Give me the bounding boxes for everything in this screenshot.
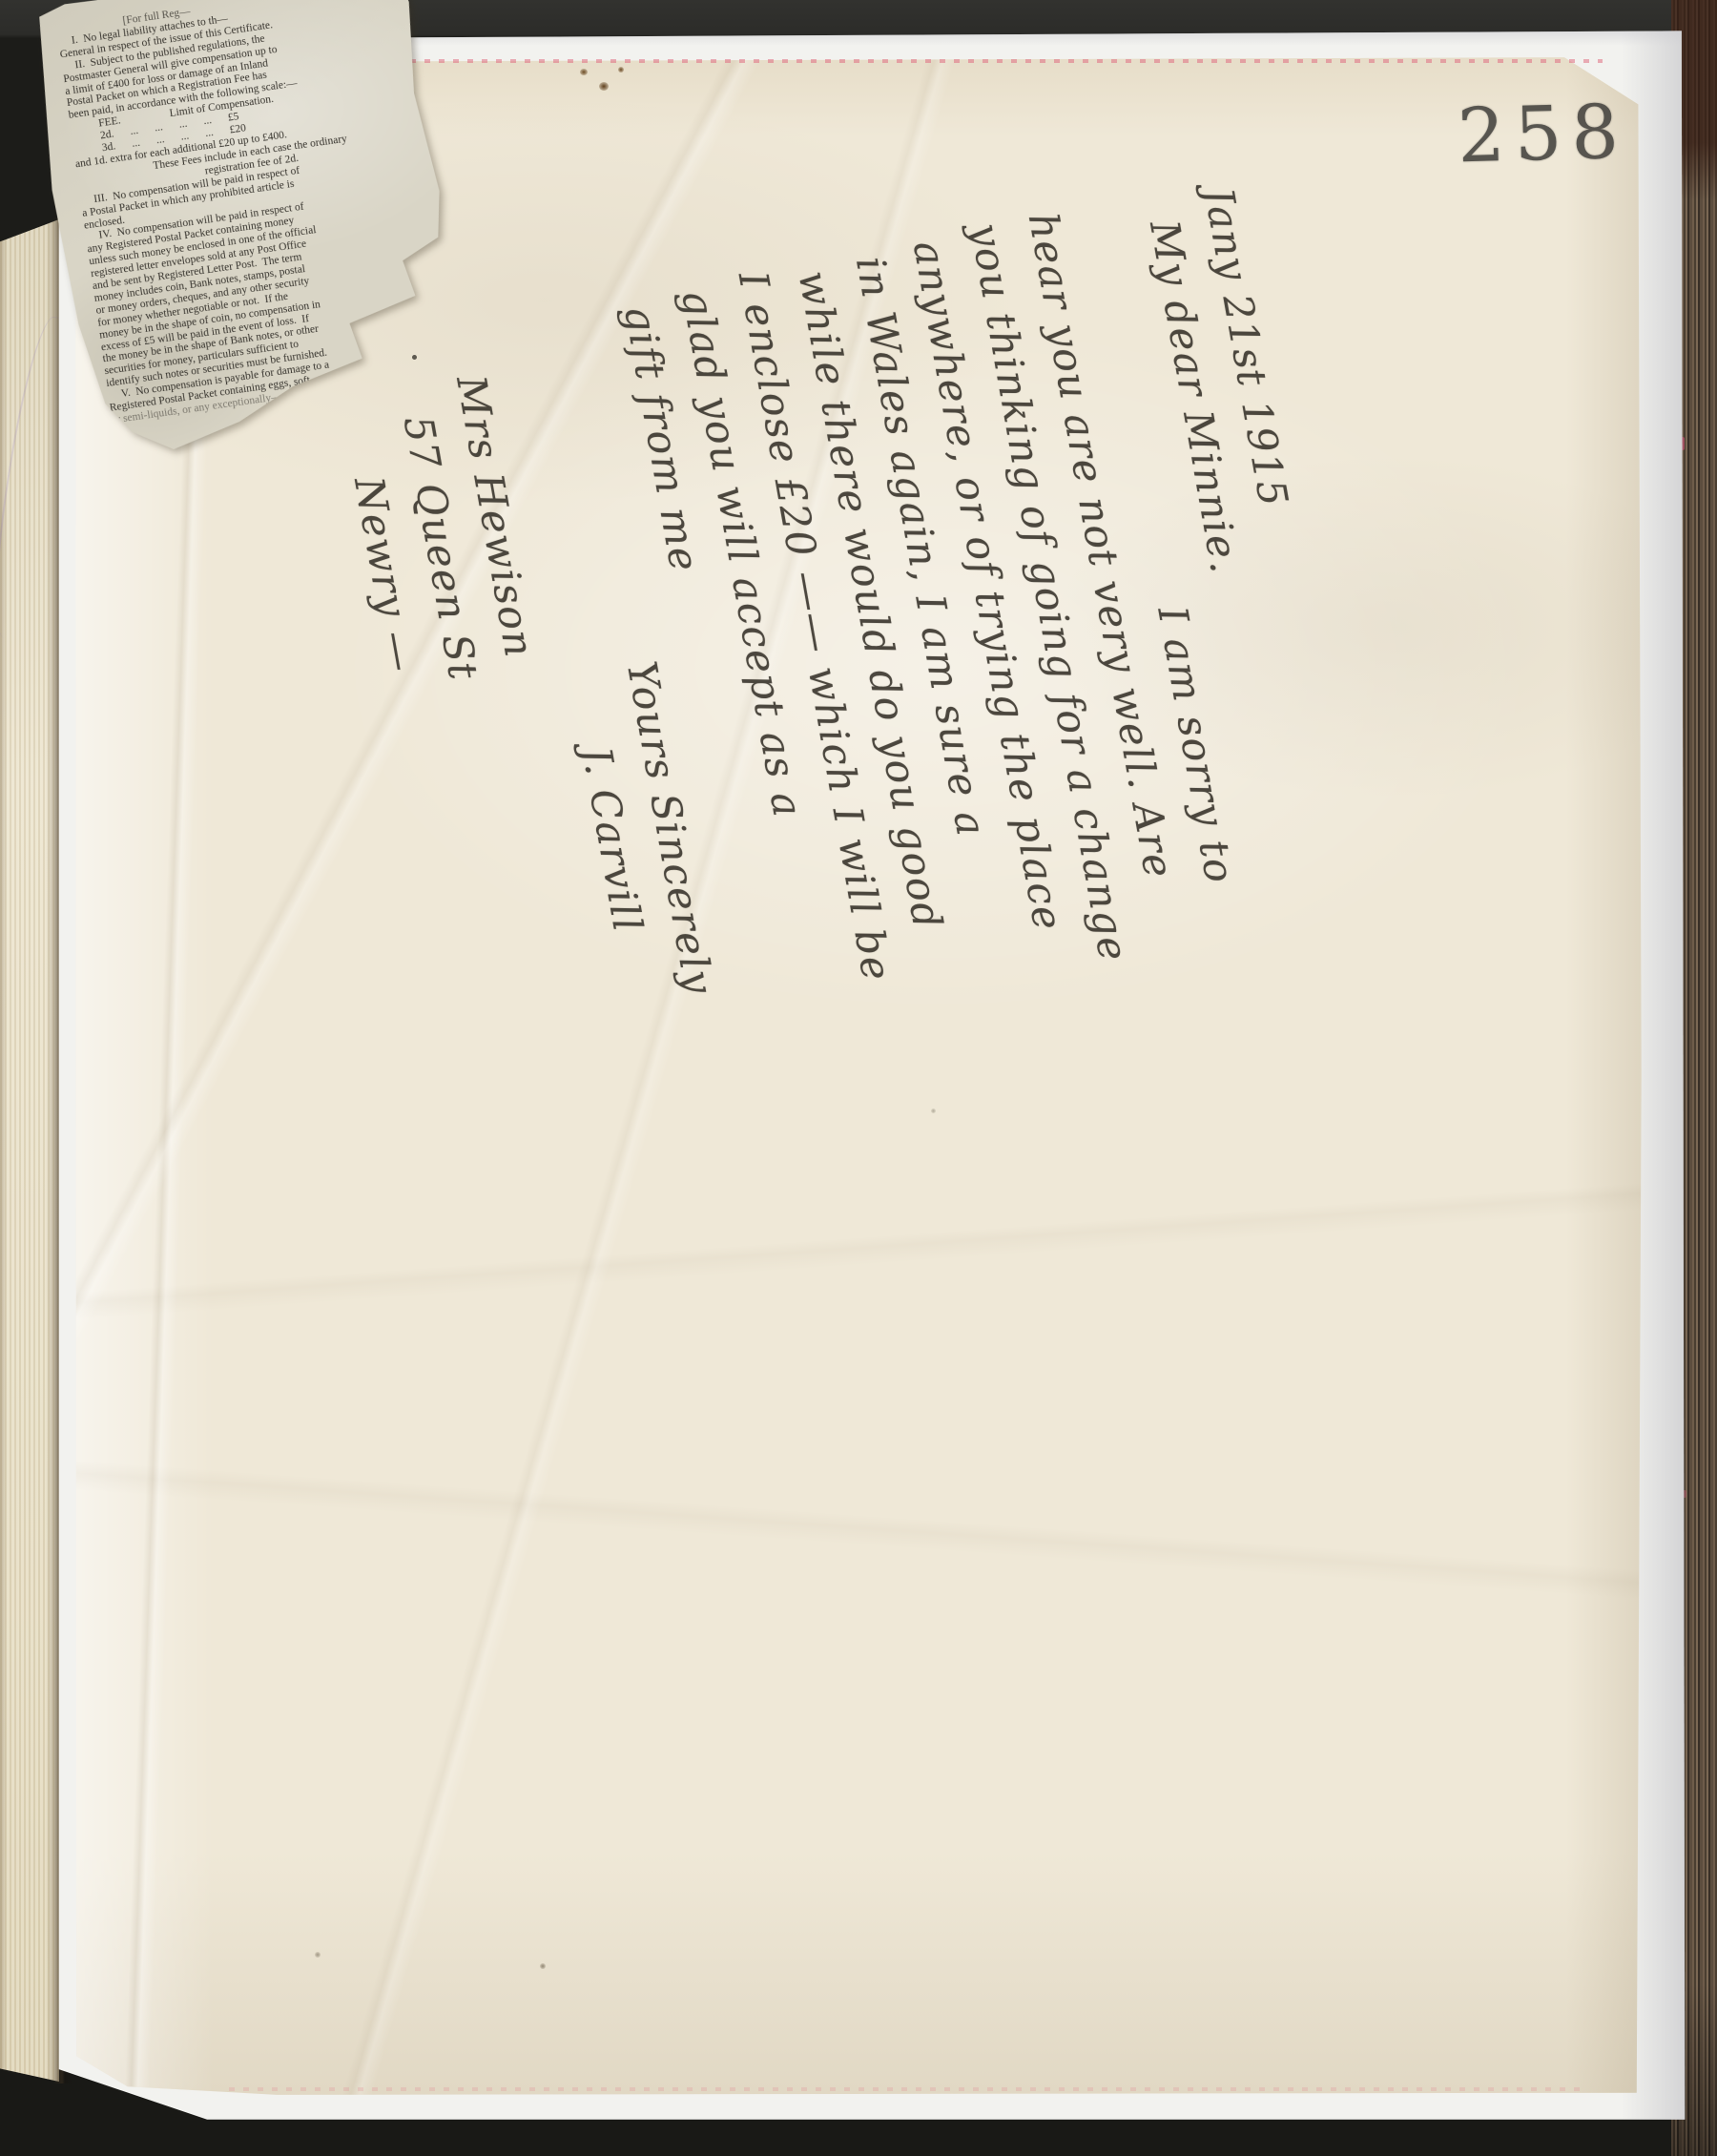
newspaper-clipping: [For full Reg— I. No legal liability att… (27, 0, 470, 461)
fox-spot (315, 1952, 321, 1958)
fox-spot (599, 82, 609, 91)
page-number-stamp: 258 (1457, 90, 1629, 180)
deckle-edge-bottom (229, 2087, 1583, 2091)
clipping-paper: [For full Reg— I. No legal liability att… (27, 0, 470, 461)
handwritten-letter: Jany 21st 1915 My dear Minnie. I am sorr… (314, 177, 1398, 1206)
archive-scan: Jany 21st 1915 My dear Minnie. I am sorr… (0, 0, 1717, 2156)
fox-spot (618, 67, 624, 73)
fox-spot (580, 69, 588, 75)
fox-spot (540, 1963, 546, 1969)
